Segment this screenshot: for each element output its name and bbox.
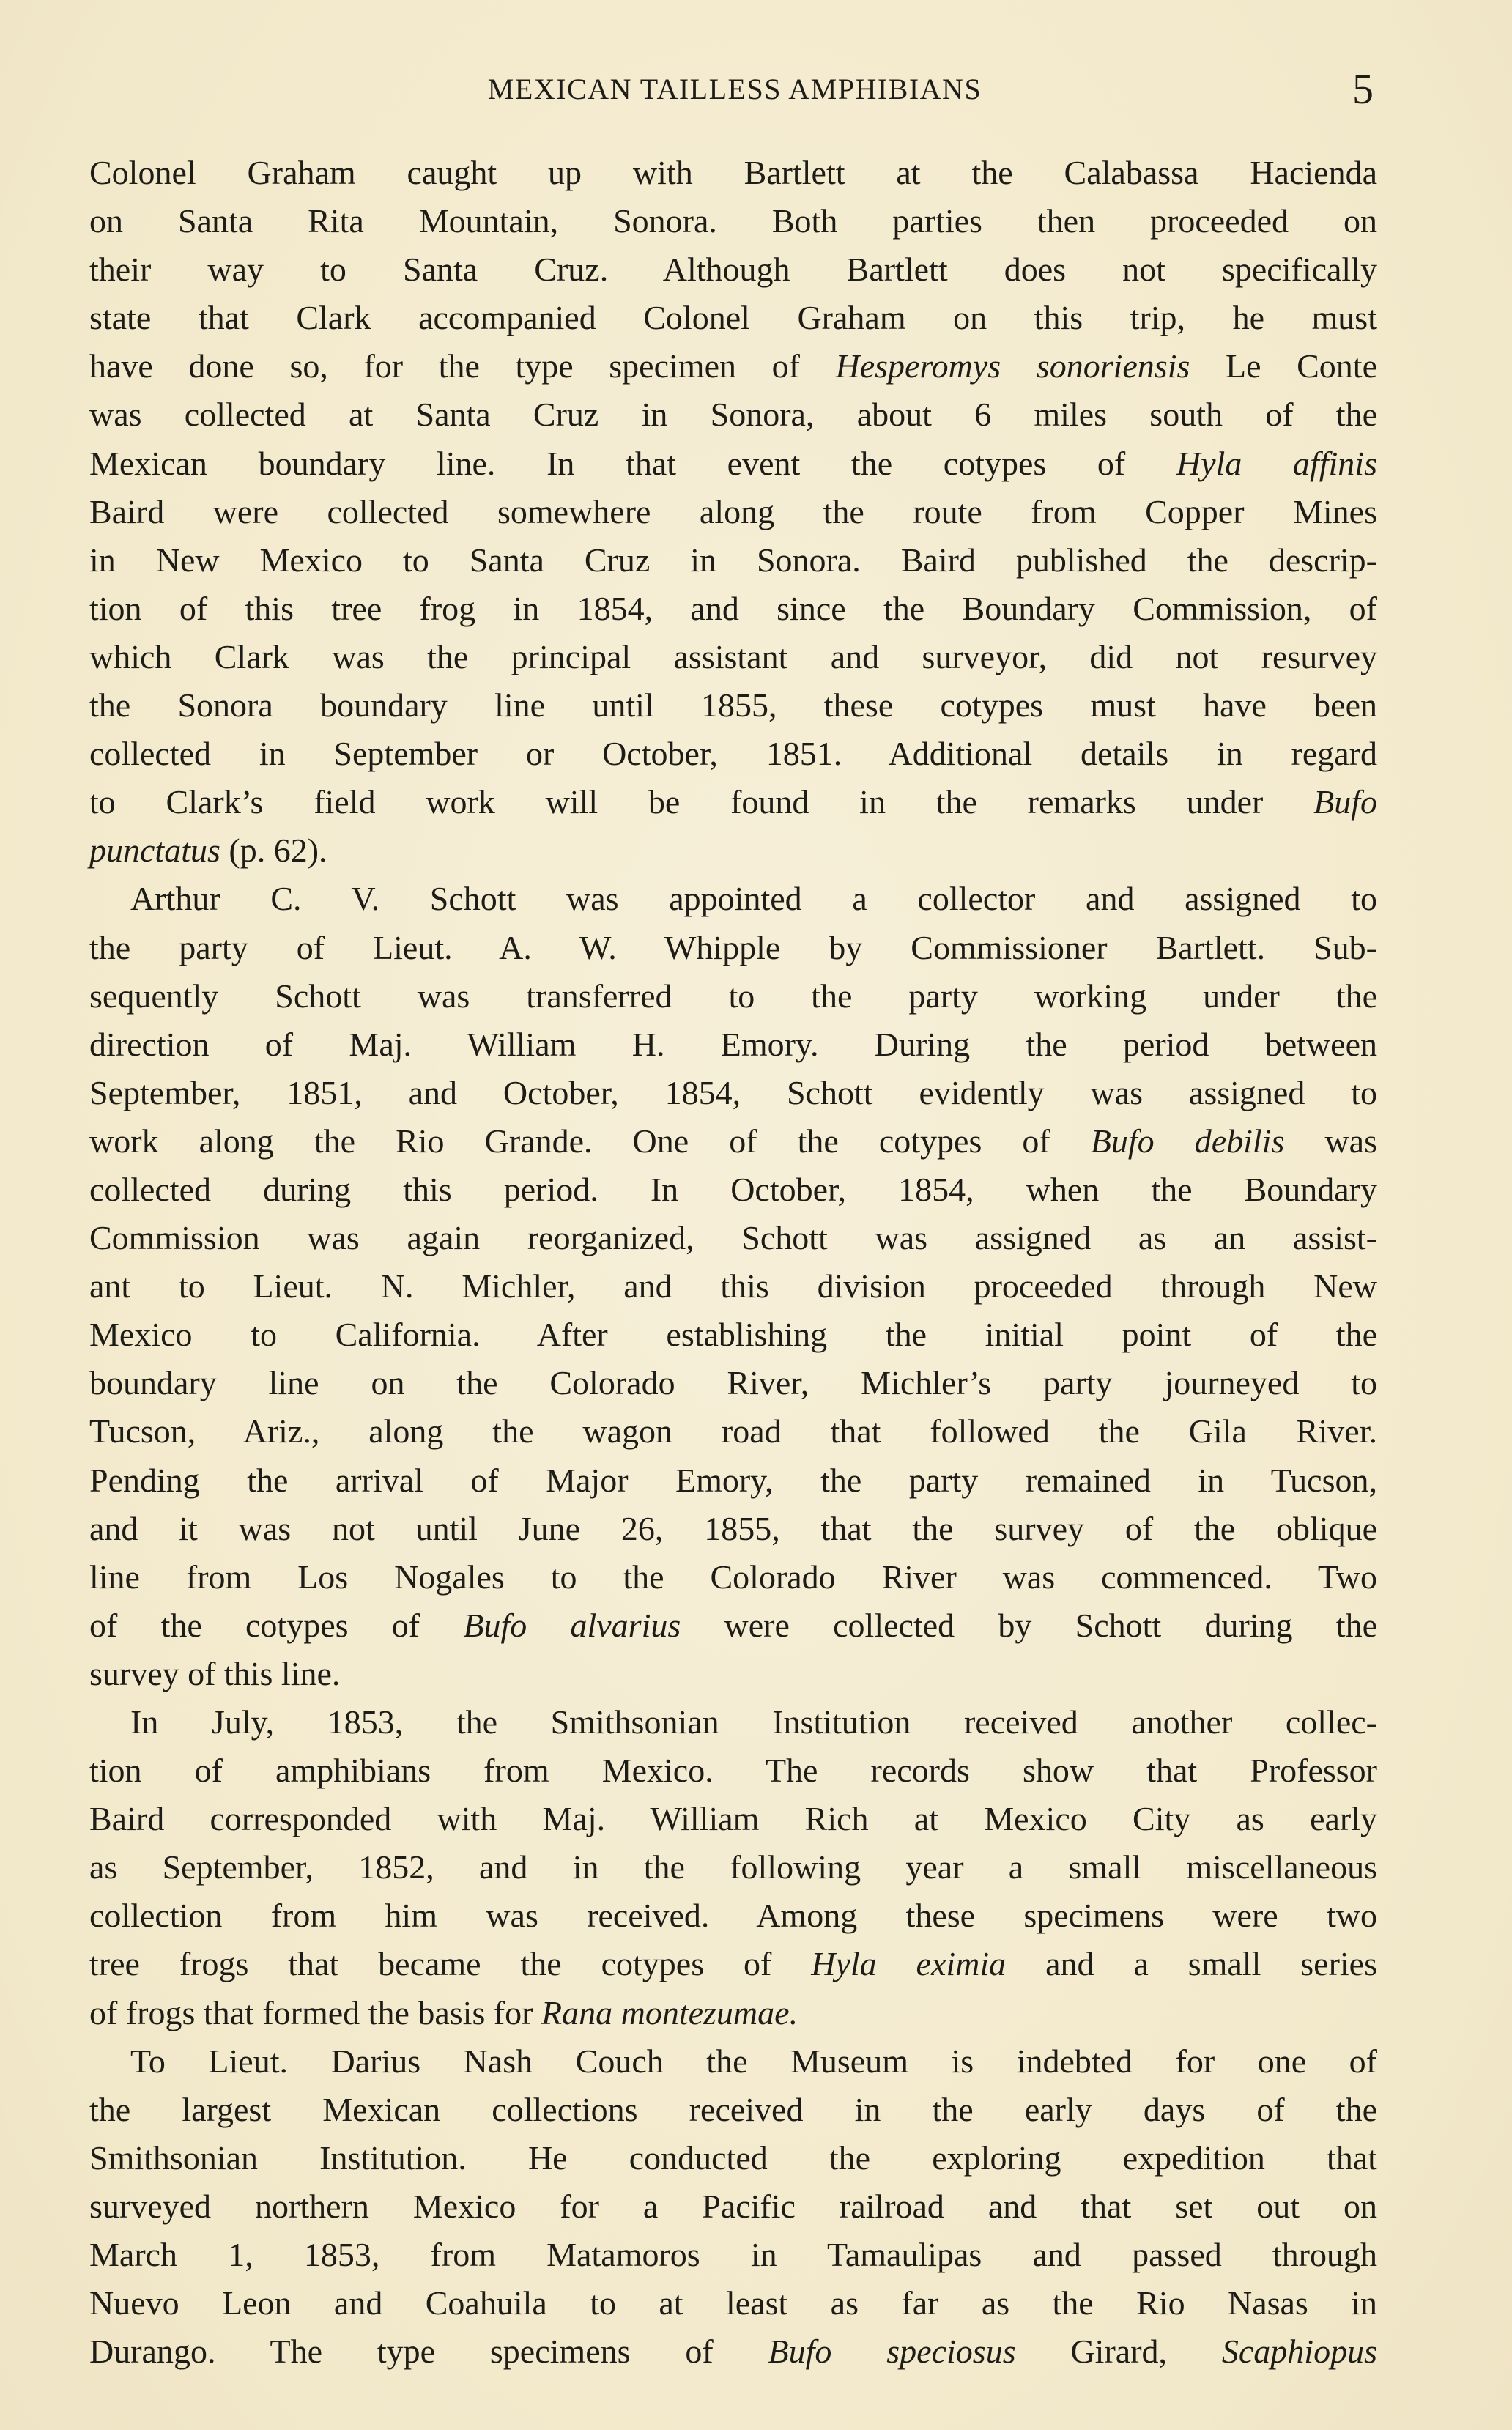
text-run: the Sonora boundary line until 1855, the…: [89, 686, 1377, 724]
text-line: was collected at Santa Cruz in Sonora, a…: [89, 390, 1377, 439]
text-run: collection from him was received. Among …: [89, 1897, 1377, 1934]
book-page: MEXICAN TAILLESS AMPHIBIANS 5 Colonel Gr…: [0, 0, 1512, 2430]
text-run: work along the Rio Grande. One of the co…: [89, 1122, 1091, 1160]
running-head: MEXICAN TAILLESS AMPHIBIANS 5: [0, 67, 1512, 111]
text-line: the largest Mexican collections received…: [89, 2086, 1377, 2134]
species-name: Bufo: [1313, 783, 1377, 821]
text-run: In July, 1853, the Smithsonian Instituti…: [130, 1703, 1377, 1741]
text-line: September, 1851, and October, 1854, Scho…: [89, 1069, 1377, 1117]
text-line: direction of Maj. William H. Emory. Duri…: [89, 1020, 1377, 1069]
text-line: on Santa Rita Mountain, Sonora. Both par…: [89, 197, 1377, 245]
text-run: which Clark was the principal assistant …: [89, 638, 1377, 675]
text-line: their way to Santa Cruz. Although Bartle…: [89, 245, 1377, 294]
text-run: Mexico to California. After establishing…: [89, 1316, 1377, 1353]
text-run: Le Conte: [1190, 347, 1377, 385]
text-line: Mexico to California. After establishing…: [89, 1311, 1377, 1359]
text-run: collected in September or October, 1851.…: [89, 735, 1377, 772]
text-run: tion of amphibians from Mexico. The reco…: [89, 1752, 1377, 1789]
text-line: punctatus (p. 62).: [89, 826, 1377, 875]
text-run: on Santa Rita Mountain, Sonora. Both par…: [89, 202, 1377, 240]
text-run: September, 1851, and October, 1854, Scho…: [89, 1074, 1377, 1111]
text-run: (p. 62).: [220, 831, 327, 869]
text-run: Colonel Graham caught up with Bartlett a…: [89, 154, 1377, 191]
text-line: tree frogs that became the cotypes of Hy…: [89, 1940, 1377, 1988]
text-line: sequently Schott was transferred to the …: [89, 972, 1377, 1020]
paragraph: Colonel Graham caught up with Bartlett a…: [89, 149, 1377, 875]
text-line: and it was not until June 26, 1855, that…: [89, 1505, 1377, 1553]
text-run: the party of Lieut. A. W. Whipple by Com…: [89, 929, 1377, 966]
species-name: Scaphiopus: [1222, 2333, 1377, 2370]
text-run: To Lieut. Darius Nash Couch the Museum i…: [130, 2042, 1377, 2080]
text-run: Baird corresponded with Maj. William Ric…: [89, 1800, 1377, 1837]
text-run: boundary line on the Colorado River, Mic…: [89, 1364, 1377, 1401]
running-title: MEXICAN TAILLESS AMPHIBIANS: [423, 72, 1047, 106]
text-run: Mexican boundary line. In that event the…: [89, 445, 1176, 482]
text-line: state that Clark accompanied Colonel Gra…: [89, 294, 1377, 342]
species-name: punctatus: [89, 831, 220, 869]
text-line: which Clark was the principal assistant …: [89, 633, 1377, 681]
species-name: Rana montezumae.: [541, 1994, 798, 2031]
species-name: Bufo debilis: [1091, 1122, 1285, 1160]
text-line: To Lieut. Darius Nash Couch the Museum i…: [89, 2037, 1377, 2086]
text-run: their way to Santa Cruz. Although Bartle…: [89, 251, 1377, 288]
text-run: and a small series: [1006, 1945, 1377, 1982]
text-run: have done so, for the type specimen of: [89, 347, 836, 385]
text-run: Commission was again reorganized, Schott…: [89, 1219, 1377, 1256]
text-line: in New Mexico to Santa Cruz in Sonora. B…: [89, 536, 1377, 585]
text-line: Nuevo Leon and Coahuila to at least as f…: [89, 2279, 1377, 2327]
text-line: In July, 1853, the Smithsonian Instituti…: [89, 1698, 1377, 1746]
text-line: of the cotypes of Bufo alvarius were col…: [89, 1601, 1377, 1650]
text-line: boundary line on the Colorado River, Mic…: [89, 1359, 1377, 1407]
text-run: Baird were collected somewhere along the…: [89, 493, 1377, 530]
text-run: were collected by Schott during the: [681, 1607, 1377, 1644]
text-line: Arthur C. V. Schott was appointed a coll…: [89, 875, 1377, 923]
text-line: as September, 1852, and in the following…: [89, 1843, 1377, 1892]
text-line: collection from him was received. Among …: [89, 1892, 1377, 1940]
text-run: and it was not until June 26, 1855, that…: [89, 1510, 1377, 1547]
text-run: survey of this line.: [89, 1655, 340, 1692]
text-line: survey of this line.: [89, 1650, 1377, 1698]
text-run: to Clark’s field work will be found in t…: [89, 783, 1313, 821]
text-run: Pending the arrival of Major Emory, the …: [89, 1462, 1377, 1499]
text-line: Mexican boundary line. In that event the…: [89, 440, 1377, 488]
text-line: collected during this period. In October…: [89, 1166, 1377, 1214]
text-line: collected in September or October, 1851.…: [89, 730, 1377, 778]
text-line: have done so, for the type specimen of H…: [89, 342, 1377, 390]
paragraph: Arthur C. V. Schott was appointed a coll…: [89, 875, 1377, 1698]
text-line: work along the Rio Grande. One of the co…: [89, 1117, 1377, 1166]
text-line: the Sonora boundary line until 1855, the…: [89, 681, 1377, 730]
text-line: Pending the arrival of Major Emory, the …: [89, 1456, 1377, 1505]
page-number: 5: [1352, 64, 1374, 114]
text-run: Nuevo Leon and Coahuila to at least as f…: [89, 2284, 1377, 2322]
text-run: Arthur C. V. Schott was appointed a coll…: [130, 880, 1377, 917]
text-line: tion of this tree frog in 1854, and sinc…: [89, 585, 1377, 633]
text-run: in New Mexico to Santa Cruz in Sonora. B…: [89, 541, 1377, 579]
text-run: state that Clark accompanied Colonel Gra…: [89, 299, 1377, 336]
text-run: Tucson, Ariz., along the wagon road that…: [89, 1412, 1377, 1450]
text-run: surveyed northern Mexico for a Pacific r…: [89, 2188, 1377, 2225]
paragraph: To Lieut. Darius Nash Couch the Museum i…: [89, 2037, 1377, 2377]
text-line: line from Los Nogales to the Colorado Ri…: [89, 1553, 1377, 1601]
text-run: collected during this period. In October…: [89, 1171, 1377, 1208]
text-line: Baird corresponded with Maj. William Ric…: [89, 1795, 1377, 1843]
text-line: Smithsonian Institution. He conducted th…: [89, 2134, 1377, 2182]
body-text: Colonel Graham caught up with Bartlett a…: [89, 149, 1377, 2376]
text-run: direction of Maj. William H. Emory. Duri…: [89, 1026, 1377, 1063]
text-run: Durango. The type specimens of: [89, 2333, 768, 2370]
text-line: Colonel Graham caught up with Bartlett a…: [89, 149, 1377, 197]
species-name: Hesperomys sonoriensis: [836, 347, 1190, 385]
text-run: of frogs that formed the basis for: [89, 1994, 541, 2031]
text-run: ant to Lieut. N. Michler, and this divis…: [89, 1267, 1377, 1305]
text-line: Durango. The type specimens of Bufo spec…: [89, 2327, 1377, 2376]
species-name: Hyla eximia: [811, 1945, 1006, 1982]
text-line: tion of amphibians from Mexico. The reco…: [89, 1746, 1377, 1795]
text-line: Commission was again reorganized, Schott…: [89, 1214, 1377, 1262]
text-line: the party of Lieut. A. W. Whipple by Com…: [89, 924, 1377, 972]
text-line: to Clark’s field work will be found in t…: [89, 778, 1377, 826]
text-line: March 1, 1853, from Matamoros in Tamauli…: [89, 2231, 1377, 2279]
text-line: of frogs that formed the basis for Rana …: [89, 1989, 1377, 2037]
species-name: Bufo alvarius: [463, 1607, 681, 1644]
text-line: Tucson, Ariz., along the wagon road that…: [89, 1407, 1377, 1456]
text-run: sequently Schott was transferred to the …: [89, 977, 1377, 1015]
text-run: was collected at Santa Cruz in Sonora, a…: [89, 396, 1377, 433]
text-line: Baird were collected somewhere along the…: [89, 488, 1377, 536]
text-run: March 1, 1853, from Matamoros in Tamauli…: [89, 2236, 1377, 2273]
text-run: Girard,: [1016, 2333, 1222, 2370]
text-run: line from Los Nogales to the Colorado Ri…: [89, 1558, 1377, 1596]
text-line: ant to Lieut. N. Michler, and this divis…: [89, 1262, 1377, 1311]
text-run: tree frogs that became the cotypes of: [89, 1945, 811, 1982]
text-run: was: [1284, 1122, 1377, 1160]
paragraph: In July, 1853, the Smithsonian Instituti…: [89, 1698, 1377, 2037]
text-run: as September, 1852, and in the following…: [89, 1848, 1377, 1886]
species-name: Hyla affinis: [1176, 445, 1377, 482]
text-run: of the cotypes of: [89, 1607, 463, 1644]
species-name: Bufo speciosus: [768, 2333, 1016, 2370]
text-run: tion of this tree frog in 1854, and sinc…: [89, 590, 1377, 627]
text-run: Smithsonian Institution. He conducted th…: [89, 2139, 1377, 2177]
text-line: surveyed northern Mexico for a Pacific r…: [89, 2182, 1377, 2231]
text-run: the largest Mexican collections received…: [89, 2091, 1377, 2128]
